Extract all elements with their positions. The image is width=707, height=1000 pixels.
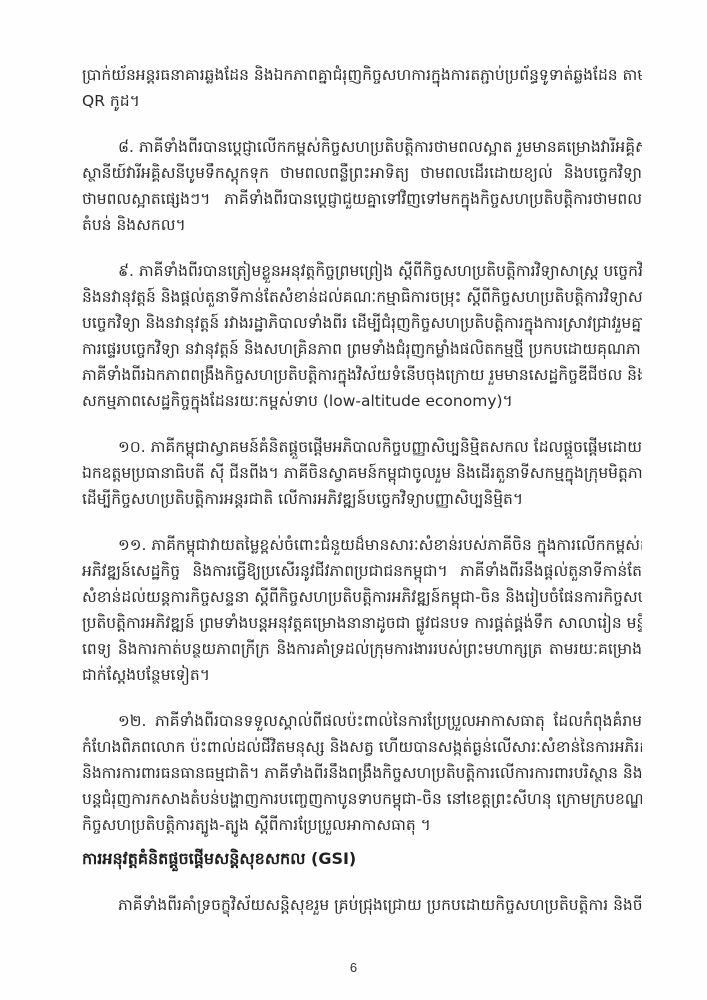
paragraph-11-line: សំខាន់ដល់យន្តការកិច្ចសន្ទនា ស្តីពីកិច្ចស…: [82, 584, 642, 610]
paragraph-9-line: ភាគីទាំងពីរឯកភាពពង្រឹងកិច្ចសហប្រតិបត្តិក…: [82, 362, 642, 388]
paragraph-12-line: និងការការពារធនធានធម្មជាតិ។ ភាគីទាំងពីរនឹ…: [82, 760, 642, 786]
paragraph-12-line: កិច្ចសហប្រតិបត្តិការត្បូង-ត្បូង ស្តីពីកា…: [82, 812, 642, 838]
paragraph-9-line: និងនវានុវត្តន៍ និងផ្តល់តួនាទីកាន់តែសំខាន…: [82, 284, 642, 310]
section-heading-gsi: ការអនុវត្តគំនិតផ្តួចផ្តើមសន្តិសុខសកល (GS…: [82, 846, 356, 872]
section-paragraph-line: ភាគីទាំងពីរគាំទ្រចក្ខុវិស័យសន្តិសុខរួម គ…: [118, 892, 642, 918]
paragraph-11-line: អភិវឌ្ឍន៍សេដ្ឋកិច្ច និងការធ្វើឱ្យប្រសើរន…: [82, 558, 642, 584]
page-number: 6: [0, 960, 707, 975]
paragraph-10-line: ១០. ភាគីកម្ពុជាស្វាគមន៍គំនិតផ្តួចផ្តើមអភ…: [118, 434, 642, 460]
paragraph-10-line: ឯកឧត្តមប្រធានាធិបតី ស៊ី ជីនពីង។ ភាគីចិនស…: [82, 460, 642, 486]
paragraph-line: QR កូដ។: [82, 88, 642, 114]
paragraph-9-line: បច្ចេកវិទ្យា និងនវានុវត្តន៍ រវាងរដ្ឋាភិប…: [82, 310, 642, 336]
paragraph-9-line: ៩. ភាគីទាំងពីរបានត្រៀមខ្លួនអនុវត្តកិច្ចព…: [118, 258, 642, 284]
paragraph-12-line: ១២. ភាគីទាំងពីរបានទទួលស្គាល់ពីផលប៉ះពាល់ន…: [118, 708, 642, 734]
paragraph-8-line: ថាមពលស្អាតផ្សេងៗ។ ភាគីទាំងពីរបានប្តេជ្ញា…: [82, 186, 642, 212]
paragraph-11-line: ១១. ភាគីកម្ពុជាវាយតម្លៃខ្ពស់ចំពោះជំនួយដ៏…: [118, 532, 642, 558]
paragraph-11-line: ប្រតិបត្តិការអភិវឌ្ឍន៍ ព្រមទាំងបន្តអនុវត…: [82, 610, 642, 636]
paragraph-8-line: តំបន់ និងសកល។: [82, 212, 642, 238]
paragraph-10-line: ដើម្បីកិច្ចសហប្រតិបត្តិការអន្តរជាតិ លើកា…: [82, 486, 642, 512]
paragraph-line: ប្រាក់យ័នអន្តរធនាគារឆ្លងដែន និងឯកភាពគ្នា…: [82, 62, 642, 88]
paragraph-12-line: បន្តជំរុញការកសាងតំបន់បង្ហាញការបញ្ចេញកាបូ…: [82, 786, 642, 812]
paragraph-8-line: ស្ថានីយ៍វារីអគ្គិសនីបូមទឹកស្តុកទុក ថាមពល…: [82, 160, 642, 186]
paragraph-8-line: ៨. ភាគីទាំងពីរបានប្តេជ្ញាលើកកម្ពស់កិច្ចស…: [118, 134, 642, 160]
paragraph-12-line: កំហែងពិភពលោក ប៉ះពាល់ដល់ជីវិតមនុស្ស និងសត…: [82, 734, 642, 760]
paragraph-9-line: ការផ្ទេរបច្ចេកវិទ្យា នវានុវត្តន៍ និងសហគ្…: [82, 336, 642, 362]
document-page: ប្រាក់យ័នអន្តរធនាគារឆ្លងដែន និងឯកភាពគ្នា…: [0, 0, 707, 1000]
paragraph-11-line: ជាក់ស្តែងបន្ថែមទៀត។: [82, 662, 642, 688]
paragraph-11-line: ពេទ្យ និងការកាត់បន្ថយភាពក្រីក្រ និងការគា…: [82, 636, 642, 662]
paragraph-9-line: សកម្មភាពសេដ្ឋកិច្ចក្នុងដែនរយៈកម្ពស់ទាប (…: [82, 388, 642, 414]
